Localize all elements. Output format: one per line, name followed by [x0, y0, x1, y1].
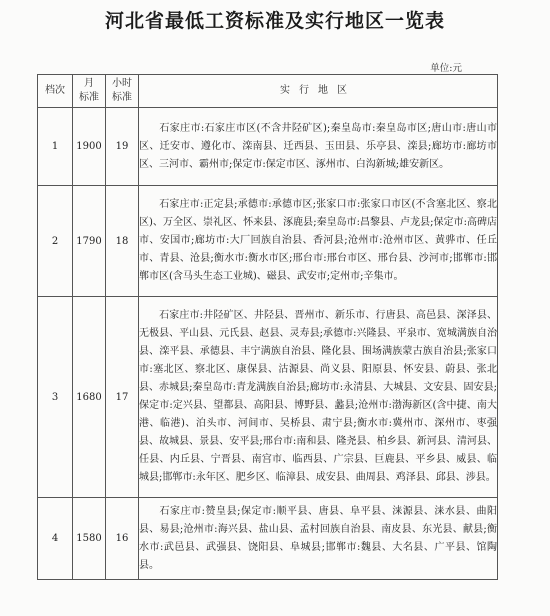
header-hourly-line1: 小时: [106, 77, 138, 91]
header-regions: 实行地区: [139, 75, 498, 108]
cell-monthly: 1580: [73, 498, 106, 580]
unit-label: 单位:元: [430, 60, 462, 74]
cell-regions: 石家庄市:赞皇县;保定市:顺平县、唐县、阜平县、涞源县、涞水县、曲阳县、易县;沧…: [139, 498, 498, 580]
cell-regions: 石家庄市:石家庄市区(不含井陉矿区);秦皇岛市:秦皇岛市区;唐山市:唐山市区、迁…: [139, 108, 498, 186]
table-row: 1 1900 19 石家庄市:石家庄市区(不含井陉矿区);秦皇岛市:秦皇岛市区;…: [38, 108, 498, 186]
cell-hourly: 18: [106, 186, 139, 297]
cell-grade: 1: [38, 108, 73, 186]
cell-hourly: 19: [106, 108, 139, 186]
header-hourly-standard: 小时 标准: [106, 75, 139, 108]
cell-monthly: 1680: [73, 297, 106, 498]
cell-grade: 2: [38, 186, 73, 297]
regions-text: 石家庄市:正定县;承德市:承德市区;张家口市:张家口市区(不含塞北区、察北区)、…: [139, 199, 497, 282]
regions-text: 石家庄市:赞皇县;保定市:顺平县、唐县、阜平县、涞源县、涞水县、曲阳县、易县;沧…: [139, 506, 497, 571]
document-title: 河北省最低工资标准及实行地区一览表: [0, 6, 550, 33]
cell-hourly: 16: [106, 498, 139, 580]
cell-regions: 石家庄市:正定县;承德市:承德市区;张家口市:张家口市区(不含塞北区、察北区)、…: [139, 186, 498, 297]
table-row: 4 1580 16 石家庄市:赞皇县;保定市:顺平县、唐县、阜平县、涞源县、涞水…: [38, 498, 498, 580]
table-header-row: 档次 月 标准 小时 标准 实行地区: [38, 75, 498, 108]
table-row: 2 1790 18 石家庄市:正定县;承德市:承德市区;张家口市:张家口市区(不…: [38, 186, 498, 297]
cell-monthly: 1900: [73, 108, 106, 186]
header-monthly-line1: 月: [73, 77, 105, 91]
header-monthly-line2: 标准: [73, 91, 105, 105]
cell-regions: 石家庄市:井陉矿区、井陉县、晋州市、新乐市、行唐县、高邑县、深泽县、无极县、平山…: [139, 297, 498, 498]
header-hourly-line2: 标准: [106, 91, 138, 105]
cell-monthly: 1790: [73, 186, 106, 297]
minimum-wage-table: 档次 月 标准 小时 标准 实行地区 1 1900 19 石家庄市:石家庄市区(…: [37, 74, 498, 580]
header-grade: 档次: [38, 75, 73, 108]
table-row: 3 1680 17 石家庄市:井陉矿区、井陉县、晋州市、新乐市、行唐县、高邑县、…: [38, 297, 498, 498]
cell-grade: 3: [38, 297, 73, 498]
regions-text: 石家庄市:石家庄市区(不含井陉矿区);秦皇岛市:秦皇岛市区;唐山市:唐山市区、迁…: [139, 123, 497, 170]
cell-hourly: 17: [106, 297, 139, 498]
regions-text: 石家庄市:井陉矿区、井陉县、晋州市、新乐市、行唐县、高邑县、深泽县、无极县、平山…: [139, 310, 497, 483]
header-monthly-standard: 月 标准: [73, 75, 106, 108]
cell-grade: 4: [38, 498, 73, 580]
